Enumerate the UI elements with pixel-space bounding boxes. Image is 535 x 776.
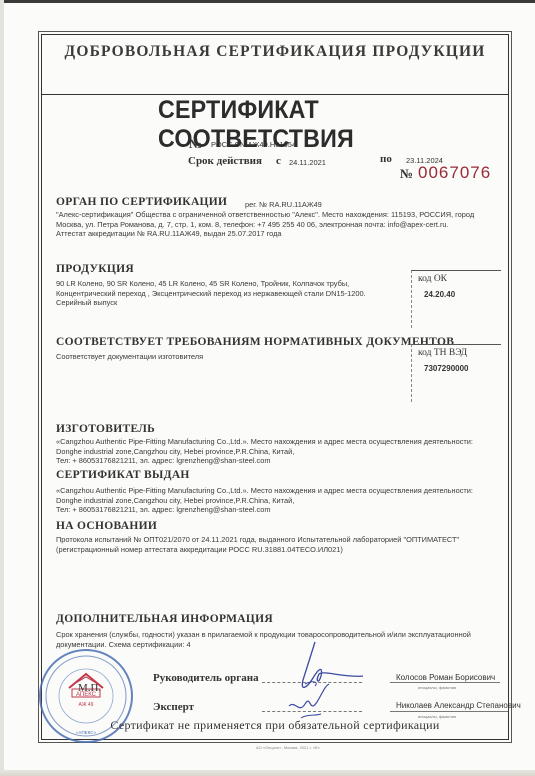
product-heading: ПРОДУКЦИЯ [56, 263, 134, 275]
basis-details: Протокола испытаний № ОПТ021/2070 от 24.… [56, 535, 516, 554]
blank-number: 0067076 [418, 163, 491, 183]
text-line: 90 LR Колено, 90 SR Колено, 45 LR Колено… [56, 279, 406, 289]
text-line: (регистрационный номер аттестата аккреди… [56, 545, 516, 555]
code-ok-value: 24.20.40 [424, 290, 455, 299]
basis-heading: НА ОСНОВАНИИ [56, 520, 157, 532]
certification-body-details: "Алекс-сертификация" Общества с ограниче… [56, 210, 516, 239]
product-description: 90 LR Колено, 90 SR Колено, 45 LR Колено… [56, 279, 406, 308]
text-line: Протокола испытаний № ОПТ021/2070 от 24.… [56, 535, 516, 545]
code-ok-box: код ОК 24.20.40 [411, 270, 501, 328]
scan-edge-left [0, 0, 4, 776]
header-box: ДОБРОВОЛЬНАЯ СЕРТИФИКАЦИЯ ПРОДУКЦИИ [41, 34, 509, 95]
code-tnved-value: 7307290000 [424, 364, 469, 373]
text-line: Donghe industrial zone,Cangzhou city, He… [56, 496, 516, 506]
expert-name-line [390, 711, 508, 712]
text-line: Концентрический переход , Эксцентрически… [56, 289, 406, 299]
valid-from: 24.11.2021 [289, 158, 326, 167]
text-line: «Cangzhou Authentic Pipe-Fitting Manufac… [56, 486, 516, 496]
text-line: Donghe industrial zone,Cangzhou city, He… [56, 447, 516, 457]
number-label: № [189, 136, 202, 152]
code-tnved-box: код ТН ВЭД 7307290000 [411, 344, 501, 402]
text-line: Серийный выпуск [56, 298, 406, 308]
text-line: Тел: + 86053176821211, эл. адрес: lgrenz… [56, 456, 516, 466]
text-line: Аттестат аккредитации № RA.RU.11АЖ49, вы… [56, 229, 516, 239]
scan-edge-bottom [0, 770, 535, 776]
code-tnved-label: код ТН ВЭД [418, 348, 467, 358]
additional-info-heading: ДОПОЛНИТЕЛЬНАЯ ИНФОРМАЦИЯ [56, 613, 273, 625]
validity-label: Срок действия [188, 155, 262, 167]
head-name: Колосов Роман Борисович [396, 673, 495, 682]
footer-note: Сертификат не применяется при обязательн… [41, 718, 509, 733]
issued-to-heading: СЕРТИФИКАТ ВЫДАН [56, 469, 190, 481]
text-line: «Cangzhou Authentic Pipe-Fitting Manufac… [56, 437, 516, 447]
certification-body-heading: ОРГАН ПО СЕРТИФИКАЦИИ [56, 196, 227, 208]
header-title: ДОБРОВОЛЬНАЯ СЕРТИФИКАЦИЯ ПРОДУКЦИИ [41, 43, 509, 61]
text-line: Москва, ул. Петра Романова, д. 7, стр. 1… [56, 220, 516, 230]
svg-text:АЖ 49: АЖ 49 [79, 702, 94, 708]
text-line: "Алекс-сертификация" Общества с ограниче… [56, 210, 516, 220]
head-name-line [390, 682, 500, 683]
head-name-caption: инициалы, фамилия [418, 685, 456, 690]
conformity-heading: СООТВЕТСТВУЕТ ТРЕБОВАНИЯМ НОРМАТИВНЫХ ДО… [56, 336, 454, 348]
expert-name: Николаев Александр Степанович [396, 701, 521, 710]
conformity-text: Соответствует документации изготовителя [56, 352, 203, 362]
print-code: АО «Опцион», Москва, 2021 г. «Б» [256, 745, 320, 750]
code-ok-label: код ОК [418, 274, 447, 284]
certificate-number: РОСС CN.АЖ49.Н01954 [211, 140, 296, 149]
certification-body-reg: рег. № RA.RU.11АЖ49 [245, 200, 322, 210]
head-label: Руководитель органа [153, 672, 259, 684]
from-label: с [276, 155, 281, 167]
to-label: по [380, 153, 392, 165]
manufacturer-details: «Cangzhou Authentic Pipe-Fitting Manufac… [56, 437, 516, 466]
text-line: Тел: + 86053176821211, эл. адрес: lgrenz… [56, 505, 516, 515]
expert-label: Эксперт [153, 701, 194, 713]
seal-place-label: М.П. [78, 682, 101, 694]
text-line: Срок хранения (службы, годности) указан … [56, 630, 516, 640]
manufacturer-heading: ИЗГОТОВИТЕЛЬ [56, 423, 155, 435]
issued-to-details: «Cangzhou Authentic Pipe-Fitting Manufac… [56, 486, 516, 515]
blank-number-label: № [400, 166, 413, 182]
